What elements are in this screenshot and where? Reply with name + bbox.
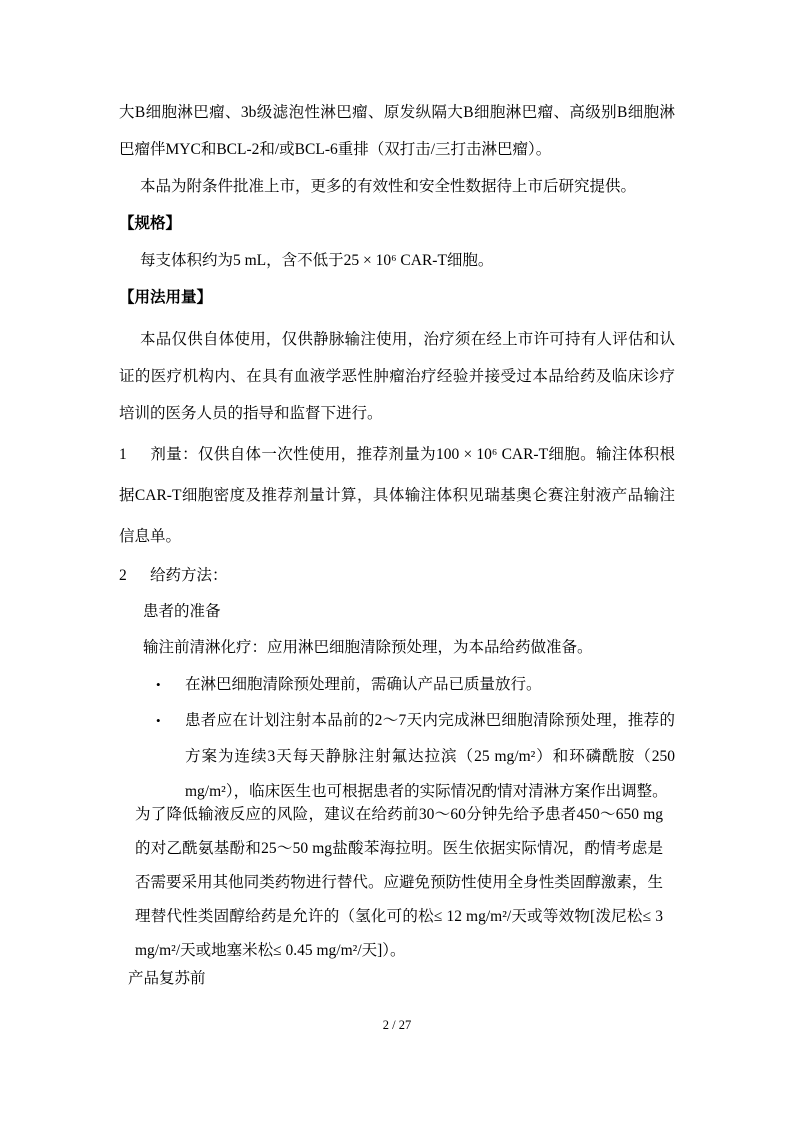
section-heading-specification: 【规格】 xyxy=(119,205,675,242)
para-indications-continuation: 大B细胞淋巴瘤、3b级滤泡性淋巴瘤、原发纵隔大B细胞淋巴瘤、高级别B细胞淋巴瘤伴… xyxy=(119,94,675,168)
bullet-icon: • xyxy=(156,703,161,739)
para-lymphodepletion-intro: 输注前清淋化疗：应用淋巴细胞清除预处理，为本品给药做准备。 xyxy=(143,630,675,666)
list-item: •患者应在计划注射本品前的2～7天内完成淋巴细胞清除预处理，推荐的方案为连续3天… xyxy=(119,703,675,810)
bullet-icon: • xyxy=(156,666,161,703)
list-item-administration-text: 给药方法： xyxy=(150,567,228,584)
para-conditional-approval: 本品为附条件批准上市，更多的有效性和安全性数据待上市后研究提供。 xyxy=(119,168,675,205)
bullet-text-lymphodepletion-regimen: 患者应在计划注射本品前的2～7天内完成淋巴细胞清除预处理，推荐的方案为连续3天每… xyxy=(185,712,675,800)
list-item-administration: 2给药方法： xyxy=(119,557,675,594)
list-item: •在淋巴细胞清除预处理前，需确认产品已质量放行。 xyxy=(119,666,675,703)
page-number: 2 / 27 xyxy=(0,1016,794,1034)
para-usage-intro: 本品仅供自体使用，仅供静脉输注使用，治疗须在经上市许可持有人评估和认证的医疗机构… xyxy=(119,321,675,432)
list-item-administration-number: 2 xyxy=(119,557,150,594)
list-item-dose: 1剂量：仅供自体一次性使用，推荐剂量为100 × 10⁶ CAR-T细胞。输注体… xyxy=(119,434,675,557)
subheading-patient-preparation: 患者的准备 xyxy=(143,594,675,630)
subheading-before-product-thaw: 产品复苏前 xyxy=(128,966,675,992)
bullet-text-release: 在淋巴细胞清除预处理前，需确认产品已质量放行。 xyxy=(185,676,542,693)
para-specification: 每支体积约为5 mL，含不低于25 × 10⁶ CAR-T细胞。 xyxy=(119,242,675,279)
bullet-list: •在淋巴细胞清除预处理前，需确认产品已质量放行。 •患者应在计划注射本品前的2～… xyxy=(119,666,675,810)
document-page: 大B细胞淋巴瘤、3b级滤泡性淋巴瘤、原发纵隔大B细胞淋巴瘤、高级别B细胞淋巴瘤伴… xyxy=(0,0,794,1123)
para-premedication: 为了降低输液反应的风险，建议在给药前30～60分钟先给予患者450～650 mg… xyxy=(135,798,663,968)
section-heading-dosage-administration: 【用法用量】 xyxy=(119,279,675,316)
list-item-dose-number: 1 xyxy=(119,434,150,475)
list-item-dose-text: 剂量：仅供自体一次性使用，推荐剂量为100 × 10⁶ CAR-T细胞。输注体积… xyxy=(119,446,675,545)
